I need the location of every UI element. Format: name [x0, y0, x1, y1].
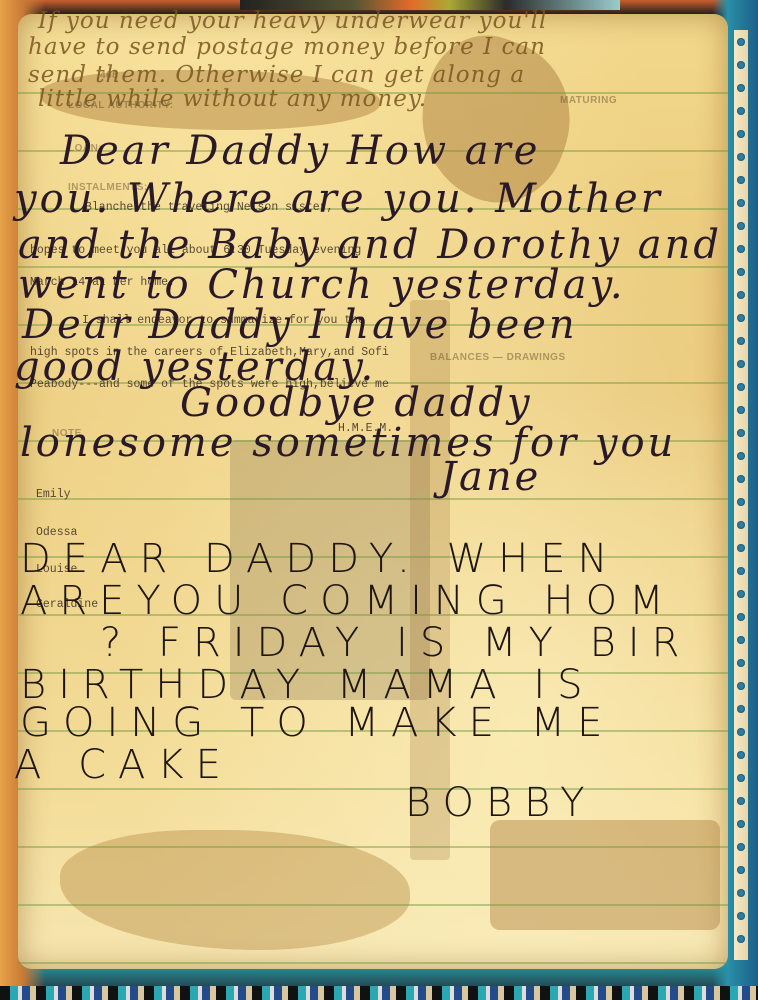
spiral-hole	[737, 889, 745, 897]
spiral-hole	[737, 475, 745, 483]
spiral-hole	[737, 383, 745, 391]
spiral-hole	[737, 429, 745, 437]
spiral-hole	[737, 452, 745, 460]
spiral-hole	[737, 521, 745, 529]
spiral-binding	[734, 30, 748, 960]
spiral-hole	[737, 659, 745, 667]
spiral-hole	[737, 291, 745, 299]
spiral-hole	[737, 245, 745, 253]
spiral-hole	[737, 567, 745, 575]
spiral-hole	[737, 866, 745, 874]
faint-letter-line: have to send postage money before I can	[28, 34, 546, 60]
spiral-hole	[737, 728, 745, 736]
bobby-letter-line: ? FRIDAY IS MY BIR	[100, 620, 691, 666]
spiral-hole	[737, 153, 745, 161]
spiral-hole	[737, 84, 745, 92]
bobby-letter-line: AREYOU COMING HOM	[20, 578, 676, 624]
faint-letter-line: If you need your heavy underwear you'll	[38, 8, 547, 34]
spiral-hole	[737, 935, 745, 943]
spiral-hole	[737, 268, 745, 276]
spiral-hole	[737, 774, 745, 782]
jane-signature: Jane	[440, 454, 541, 500]
spiral-hole	[737, 912, 745, 920]
jane-letter-line: you. Where are you. Mother	[14, 176, 663, 222]
spiral-hole	[737, 176, 745, 184]
faint-letter-line: little while without any money.	[38, 86, 427, 112]
bobby-letter-line: A CAKE	[14, 742, 233, 788]
torn-document-fragment	[490, 820, 720, 930]
spiral-hole	[737, 797, 745, 805]
form-label: MATURING	[560, 95, 617, 106]
spiral-hole	[737, 820, 745, 828]
bottom-collage-strip	[0, 986, 758, 1000]
spiral-hole	[737, 682, 745, 690]
spiral-hole	[737, 544, 745, 552]
faint-letter-line: send them. Otherwise I can get along a	[28, 62, 525, 88]
spiral-hole	[737, 314, 745, 322]
spiral-hole	[737, 613, 745, 621]
spiral-hole	[737, 636, 745, 644]
spiral-hole	[737, 199, 745, 207]
spiral-hole	[737, 130, 745, 138]
typed-name: Emily	[36, 488, 71, 501]
jane-letter-line: Dear Daddy I have been	[22, 302, 578, 348]
form-label: BALANCES — DRAWINGS	[430, 352, 566, 363]
spiral-hole	[737, 337, 745, 345]
spiral-hole	[737, 406, 745, 414]
jane-letter-line: Dear Daddy How are	[60, 128, 540, 174]
spiral-hole	[737, 498, 745, 506]
bobby-signature: BOBBY	[405, 780, 597, 826]
spiral-hole	[737, 360, 745, 368]
spiral-hole	[737, 61, 745, 69]
spiral-hole	[737, 38, 745, 46]
spiral-hole	[737, 705, 745, 713]
spiral-hole	[737, 222, 745, 230]
bobby-letter-line: GOING TO MAKE ME	[20, 700, 614, 746]
spiral-hole	[737, 751, 745, 759]
jane-letter-line: lonesome sometimes for you	[20, 420, 676, 466]
spiral-hole	[737, 107, 745, 115]
spiral-hole	[737, 843, 745, 851]
spiral-hole	[737, 590, 745, 598]
bobby-letter-line: DEAR DADDY. WHEN	[20, 536, 619, 582]
